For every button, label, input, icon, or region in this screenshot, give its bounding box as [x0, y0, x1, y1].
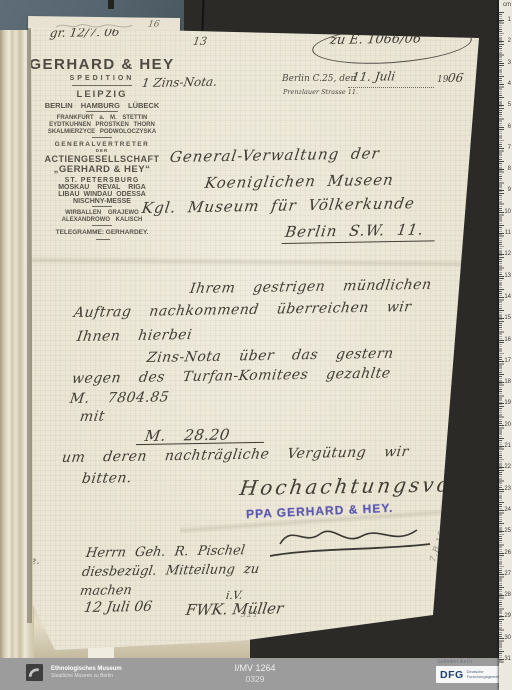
ruler-cm-mark: 5	[499, 102, 512, 109]
recipient-line: Kgl. Museum für Völkerkunde	[141, 194, 416, 217]
funding-note: Gefördert durch	[437, 659, 472, 665]
ruler-cm-mark: 27	[499, 571, 512, 578]
postscript-line: Herrn Geh. R. Pischel	[85, 543, 246, 561]
letterhead-cities: LIBAU WINDAU ODESSA	[26, 191, 178, 198]
ruler-cm-mark: 29	[499, 613, 512, 620]
body-line: Zins-Nota über das gestern	[146, 346, 395, 366]
letterhead-cities: SKALMIERZYCE PODWOLOCZYSKA	[26, 129, 178, 135]
ruler-cm-mark: 28	[499, 592, 512, 599]
ruler-cm-mark: 18	[499, 379, 512, 386]
ruler-cm-mark: 12	[499, 251, 512, 258]
dateline-city: Berlin C.25, den	[282, 74, 356, 84]
recipient-line: General-Verwaltung der	[169, 144, 381, 166]
letterhead-cities: ALEXANDROWO KALISCH	[26, 217, 178, 223]
letterhead-rule	[86, 111, 118, 112]
ruler-cm-mark: 7	[499, 145, 512, 152]
letterhead-rule	[72, 85, 132, 86]
table-mark	[108, 0, 114, 9]
pencil-page-number: 321	[240, 610, 260, 619]
dateline-date-handwritten: 11. Juli	[351, 69, 396, 84]
upper-sheet-number: 16	[147, 20, 160, 30]
ruler-cm-mark: 15	[499, 315, 512, 322]
ruler-cm-mark: 11	[499, 230, 512, 237]
postscript-line: diesbezügl. Mitteilung zu	[81, 562, 260, 580]
ruler-cm-mark: 26	[499, 550, 512, 557]
paper-edge-shadow	[27, 28, 32, 623]
letter-sheet: gr. 12/7. 06 13 zu E. 1066/06 1 Zins-Not…	[0, 0, 512, 690]
body-line: Ihnen hierbei	[76, 327, 193, 345]
letterhead-cities: MOSKAU REVAL RIGA	[26, 184, 178, 191]
dfg-abbr: DFG	[440, 669, 464, 681]
letterhead-rule	[92, 225, 112, 226]
postscript-line: machen	[79, 583, 133, 599]
dateline-street: Prenzlauer Strasse 11.	[283, 88, 358, 96]
letterhead-cities: FRANKFURT a. M. STETTIN	[26, 115, 178, 121]
dateline-dotted-line	[348, 86, 434, 88]
letterhead-rule	[96, 239, 110, 240]
archive-reference: I/MV 1264 0329	[190, 663, 320, 684]
letterhead-rule	[92, 206, 112, 207]
letterhead-telegram: TELEGRAMME: GERHARDEY.	[26, 229, 178, 236]
ruler-cm-mark: 25	[499, 528, 512, 535]
ruler-cm-mark: 20	[499, 422, 512, 429]
closing-salutation: Hochachtungsvoll	[238, 472, 472, 500]
dateline-year-handwritten: 06	[447, 71, 464, 85]
ruler-cm-mark: 2	[499, 38, 512, 45]
ruler-cm-mark: 8	[499, 166, 512, 173]
body-line: mit	[79, 409, 106, 425]
letterhead-subtitle: SPEDITION	[26, 75, 178, 82]
museum-logo-icon	[26, 664, 43, 681]
ruler-cm-mark: 4	[499, 81, 512, 88]
letterhead-cities: ST. PETERSBURG	[26, 177, 178, 184]
ruler-cm-mark: 16	[499, 337, 512, 344]
letterhead-company3: „GERHARD & HEY“	[26, 164, 178, 175]
ruler-cm-mark: 6	[499, 124, 512, 131]
scanned-letter-page: 16 gr. 12/7. 06 13 zu E. 1066/06 1 Zins-…	[0, 0, 512, 690]
letterhead-company: GERHARD & HEY	[26, 56, 178, 73]
ruler-cm-mark: 22	[499, 464, 512, 471]
museum-logo-block: Ethnologisches Museum Staatliche Museen …	[26, 664, 122, 681]
body-line: bitten.	[81, 470, 133, 487]
archival-footer-bar: Ethnologisches Museum Staatliche Museen …	[0, 658, 500, 690]
ruler-cm-mark: 30	[499, 635, 512, 642]
ruler-cm-mark: 23	[499, 486, 512, 493]
museum-name: Ethnologisches Museum	[51, 666, 122, 673]
letterhead-cities: BERLIN HAMBURG LÜBECK	[26, 101, 178, 110]
fold-crease	[30, 256, 480, 268]
body-line: um deren nachträgliche Vergütung wir	[61, 444, 410, 466]
ruler-cm-mark: 19	[499, 400, 512, 407]
archive-reference-id: I/MV 1264	[190, 663, 320, 674]
letterhead-der: DER	[26, 148, 178, 153]
ruler-cm-mark: 31	[499, 656, 512, 663]
body-amount-paid: M. 7804.85	[69, 389, 170, 407]
letterhead-company2: ACTIENGESELLSCHAFT	[26, 154, 178, 164]
body-line: Ihrem gestrigen mündlichen	[189, 277, 433, 297]
scan-page-number: 0329	[190, 674, 320, 684]
ruler-cm-mark: 1	[499, 17, 512, 24]
binding-thread	[201, 0, 204, 31]
ruler-cm-mark: 3	[499, 60, 512, 67]
ruler-cm-mark: 13	[499, 273, 512, 280]
ruler-cm-mark: 9	[499, 187, 512, 194]
letterhead-rule	[92, 137, 112, 138]
signature-flourish	[262, 516, 437, 564]
ruler-cm-mark: 21	[499, 443, 512, 450]
ruler-cm-mark: 17	[499, 358, 512, 365]
postscript-signature: FWK. Müller	[185, 599, 285, 619]
cm-ruler: cm 1234567891011121314151617181920212223…	[499, 0, 512, 690]
museum-subtitle: Staatliche Museen zu Berlin	[51, 673, 122, 679]
ruler-cm-mark: 24	[499, 507, 512, 514]
letterhead-cities: EYDTKUHNEN PROSTKEN THORN	[26, 122, 178, 128]
letterhead-city-main: LEIPZIG	[26, 89, 178, 100]
ruler-cm-mark: 14	[499, 294, 512, 301]
file-reference: zu E. 1066/06	[329, 31, 422, 48]
ruler-unit-label: cm	[503, 2, 511, 8]
recipient-city-underlined: Berlin S.W. 11.	[282, 220, 438, 244]
body-line: Auftrag nachkommend überreichen wir	[73, 299, 413, 321]
sheet-number: 13	[192, 35, 208, 48]
ruler-cm-mark: 10	[499, 209, 512, 216]
recipient-line: Koeniglichen Museen	[204, 171, 395, 192]
postscript-date: 12 Juli 06	[83, 599, 153, 616]
body-line: wegen des Turfan-Komitees gezahlte	[71, 365, 392, 387]
letterhead-representative: GENERALVERTRETER	[26, 141, 178, 148]
museum-text: Ethnologisches Museum Staatliche Museen …	[51, 666, 122, 679]
